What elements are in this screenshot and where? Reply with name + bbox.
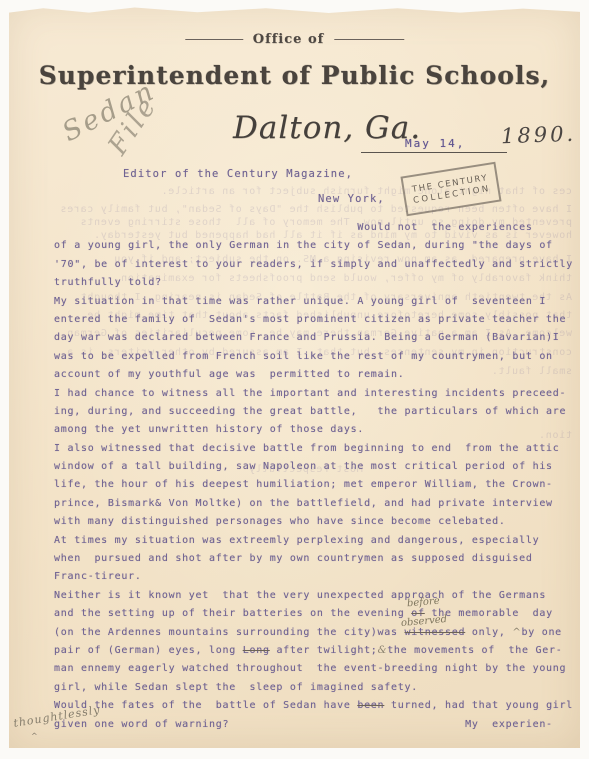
letter-paper: ces of that night alone might furnish su… bbox=[9, 6, 580, 748]
typed-line: Neither is it known yet that the very un… bbox=[54, 587, 574, 605]
typed-line: man ennemy eagerly watched throughout th… bbox=[54, 660, 574, 678]
typed-line: I had chance to witness all the importan… bbox=[54, 385, 574, 403]
handwritten-correction: before bbox=[407, 593, 441, 614]
typed-line: girl, while Sedan slept the sleep of ima… bbox=[54, 679, 574, 697]
typed-line: Would not the experiences bbox=[54, 219, 574, 237]
typed-line: account of my youthful age was permitted… bbox=[54, 366, 574, 384]
typed-line: Franc-tireur. bbox=[54, 568, 574, 586]
typed-line: and the setting up of their batteries on… bbox=[54, 605, 574, 623]
scanned-letter-page: { "colors": { "paper": "#f3e3c8", "typed… bbox=[0, 0, 589, 759]
typed-line: among the yet unwritten history of those… bbox=[54, 421, 574, 439]
letterhead-title: Superintendent of Public Schools, bbox=[9, 61, 580, 90]
typed-line: (on the Ardennes mountains surrounding t… bbox=[54, 624, 574, 642]
letterhead-office-of: Office of bbox=[253, 32, 324, 47]
typed-line: window of a tall building, saw Napoleon … bbox=[54, 458, 574, 476]
typed-line: when pursued and shot after by my own co… bbox=[54, 550, 574, 568]
typed-body: Would not the experiencesof a young girl… bbox=[54, 219, 574, 734]
typed-line: truthfully told? bbox=[54, 274, 574, 292]
office-rule-left bbox=[185, 39, 243, 40]
place-script: Dalton, Ga. bbox=[233, 110, 421, 146]
typed-line: day war was declared between France and … bbox=[54, 329, 574, 347]
office-rule-right bbox=[334, 39, 404, 40]
typed-line: with many distinguished personages who h… bbox=[54, 513, 574, 531]
typed-line: At times my situation was extreemly perp… bbox=[54, 532, 574, 550]
typed-line: prince, Bismark& Von Moltke) on the batt… bbox=[54, 495, 574, 513]
handwritten-correction: observed bbox=[400, 611, 448, 633]
typed-line: entered the family of Sedan's most promi… bbox=[54, 311, 574, 329]
century-collection-stamp: THE CENTURY COLLECTION bbox=[400, 162, 501, 217]
typed-line: I also witnessed that decisive battle fr… bbox=[54, 440, 574, 458]
typed-line: life, the hour of his deepest humiliatio… bbox=[54, 476, 574, 494]
typed-line: Would the fates of the battle of Sedan h… bbox=[54, 697, 574, 715]
year-handwritten: 1890. bbox=[501, 122, 577, 149]
caret-mark: ^ bbox=[31, 732, 38, 741]
recipient-line-1: Editor of the Century Magazine, bbox=[123, 168, 353, 180]
date-typed: May 14, bbox=[405, 137, 465, 150]
typed-line: ing, during, and succeeding the great ba… bbox=[54, 403, 574, 421]
bleedthrough-line: I have often been requested to publish t… bbox=[39, 204, 572, 215]
date-underline bbox=[361, 152, 507, 153]
letterhead-office-row: Office of bbox=[185, 32, 404, 47]
typed-line: '70", be of interest to your readers, if… bbox=[54, 256, 574, 274]
typed-line: was to be expelled from French soil like… bbox=[54, 348, 574, 366]
typed-line: pair of (German) eyes, long Long after t… bbox=[54, 642, 574, 660]
recipient-line-2: New York, bbox=[318, 193, 385, 205]
typed-line: My situation in that time was rather uni… bbox=[54, 293, 574, 311]
typed-line: given one word of warning? My experien- bbox=[54, 716, 574, 734]
typed-line: of a young girl, the only German in the … bbox=[54, 237, 574, 255]
